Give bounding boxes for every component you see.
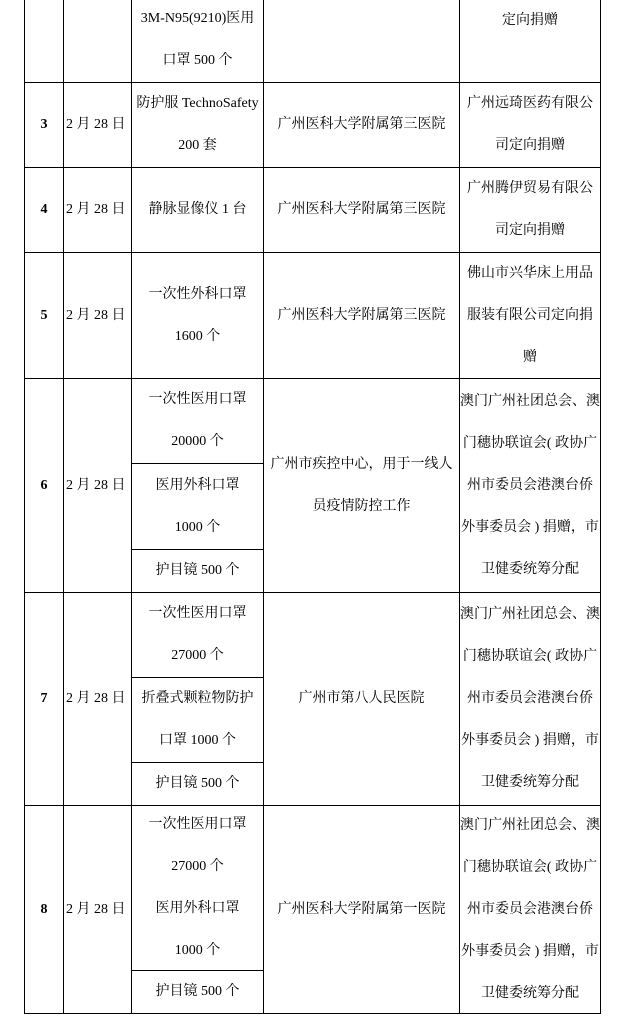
row-number: 5 — [25, 253, 63, 378]
donor-line: 外事委员会 ) 捐赠，市 — [461, 931, 599, 973]
donated-item-line: 口罩 500 个 — [163, 40, 233, 82]
donated-item-line: 医用外科口罩 — [156, 465, 240, 507]
donor-line: 州市委员会港澳台侨 — [467, 678, 593, 720]
donor: 广州腾伊贸易有限公司定向捐赠 — [460, 168, 600, 252]
donation-date: 2 月 28 日 — [64, 593, 131, 805]
donation-date: 2 月 28 日 — [64, 253, 131, 378]
donated-item-line: 护目镜 500 个 — [156, 550, 240, 592]
donated-item: 护目镜 500 个 — [132, 971, 263, 1013]
column-border — [600, 0, 601, 1014]
donor-line: 澳门广州社团总会、澳 — [460, 806, 600, 847]
donation-date-line: 2 月 28 日 — [66, 104, 126, 146]
donated-item-line: 1000 个 — [175, 930, 221, 970]
donor: 澳门广州社团总会、澳门穗协联谊会( 政协广州市委员会港澳台侨外事委员会 ) 捐赠… — [460, 379, 600, 592]
donor-line: 卫健委统筹分配 — [481, 973, 579, 1014]
donated-item: 一次性医用口罩20000 个 — [132, 379, 263, 463]
donated-item: 防护服 TechnoSafety200 套 — [132, 83, 263, 167]
donated-item: 护目镜 500 个 — [132, 550, 263, 592]
row-number: 6 — [25, 379, 63, 592]
donated-item-line: 27000 个 — [171, 635, 224, 677]
row-number-line: 3 — [41, 104, 48, 146]
donated-item-line: 一次性医用口罩 — [149, 806, 247, 846]
donor-line: 广州腾伊贸易有限公 — [467, 168, 593, 210]
row-number-line: 4 — [41, 189, 48, 231]
donor-line: 门穗协联谊会( 政协广 — [463, 847, 597, 889]
donated-item-line: 27000 个 — [171, 846, 224, 888]
donated-item-line: 医用外科口罩 — [156, 888, 240, 930]
row-number-line: 5 — [41, 295, 48, 337]
recipient-line: 员疫情防控工作 — [313, 486, 411, 528]
donated-item: 一次性外科口罩1600 个 — [132, 253, 263, 378]
row-number: 4 — [25, 168, 63, 252]
row-number-line: 8 — [41, 889, 48, 931]
donor-line: 定向捐赠 — [502, 0, 558, 42]
donation-date-line: 2 月 28 日 — [66, 465, 126, 507]
row-number — [25, 0, 63, 82]
row-number-line: 7 — [41, 678, 48, 720]
donation-date: 2 月 28 日 — [64, 168, 131, 252]
donated-item-line: 一次性外科口罩 — [149, 274, 247, 316]
donor-line: 门穗协联谊会( 政协广 — [463, 423, 597, 465]
donor-line: 外事委员会 ) 捐赠，市 — [461, 507, 599, 549]
row-number: 7 — [25, 593, 63, 805]
donor-line: 澳门广州社团总会、澳 — [460, 381, 600, 423]
donor: 广州远琦医药有限公司定向捐赠 — [460, 83, 600, 167]
donor-line: 佛山市兴华床上用品 — [467, 253, 593, 295]
donation-date-line: 2 月 28 日 — [66, 189, 126, 231]
recipient: 广州医科大学附属第一医院 — [264, 806, 459, 1013]
donation-date-line: 2 月 28 日 — [66, 295, 126, 337]
recipient — [264, 0, 459, 82]
donation-date — [64, 0, 131, 82]
donor-line: 服装有限公司定向捐 — [467, 295, 593, 337]
donor-line: 门穗协联谊会( 政协广 — [463, 636, 597, 678]
donation-date: 2 月 28 日 — [64, 83, 131, 167]
recipient-line: 广州医科大学附属第一医院 — [278, 889, 446, 931]
donor: 定向捐赠 — [460, 0, 600, 82]
donation-date-line: 2 月 28 日 — [66, 678, 126, 720]
donor-line: 司定向捐赠 — [495, 125, 565, 167]
donated-item-line: 防护服 TechnoSafety — [136, 83, 258, 125]
donor-line: 澳门广州社团总会、澳 — [460, 594, 600, 636]
donated-item-line: 1600 个 — [175, 316, 221, 358]
donor: 佛山市兴华床上用品服装有限公司定向捐赠 — [460, 253, 600, 378]
donor-line: 广州远琦医药有限公 — [467, 83, 593, 125]
recipient: 广州市第八人民医院 — [264, 593, 459, 805]
donated-item-line: 护目镜 500 个 — [156, 763, 240, 805]
donated-item: 3M-N95(9210)医用口罩 500 个 — [132, 0, 263, 82]
recipient: 广州市疾控中心，用于一线人员疫情防控工作 — [264, 379, 459, 592]
donated-item-line: 3M-N95(9210)医用 — [141, 0, 255, 40]
donated-item: 护目镜 500 个 — [132, 763, 263, 805]
row-border — [24, 1013, 601, 1014]
recipient: 广州医科大学附属第三医院 — [264, 253, 459, 378]
donor-line: 赠 — [523, 337, 537, 379]
donor: 澳门广州社团总会、澳门穗协联谊会( 政协广州市委员会港澳台侨外事委员会 ) 捐赠… — [460, 806, 600, 1013]
donor-line: 州市委员会港澳台侨 — [467, 465, 593, 507]
donated-item-line: 折叠式颗粒物防护 — [142, 678, 254, 720]
donated-item-line: 200 套 — [178, 125, 217, 167]
donor-line: 外事委员会 ) 捐赠，市 — [461, 720, 599, 762]
recipient: 广州医科大学附属第三医院 — [264, 168, 459, 252]
donated-item: 折叠式颗粒物防护口罩 1000 个 — [132, 678, 263, 762]
donated-item-line: 静脉显像仪 1 台 — [149, 189, 247, 231]
donated-item-line: 口罩 1000 个 — [159, 720, 236, 762]
donor-line: 卫健委统筹分配 — [481, 762, 579, 804]
donated-item-line: 20000 个 — [171, 421, 224, 463]
recipient-line: 广州医科大学附属第三医院 — [278, 189, 446, 231]
recipient-line: 广州市第八人民医院 — [299, 678, 425, 720]
row-number-line: 6 — [41, 465, 48, 507]
recipient: 广州医科大学附属第三医院 — [264, 83, 459, 167]
donated-item: 静脉显像仪 1 台 — [132, 168, 263, 252]
donor-line: 司定向捐赠 — [495, 210, 565, 252]
donor-line: 州市委员会港澳台侨 — [467, 889, 593, 931]
recipient-line: 广州医科大学附属第三医院 — [278, 295, 446, 337]
row-number: 8 — [25, 806, 63, 1013]
donated-item-line: 1000 个 — [175, 507, 221, 549]
donated-item: 一次性医用口罩27000 个医用外科口罩1000 个 — [132, 806, 263, 970]
row-number: 3 — [25, 83, 63, 167]
donation-date: 2 月 28 日 — [64, 379, 131, 592]
donated-item: 医用外科口罩1000 个 — [132, 464, 263, 549]
donated-item-line: 一次性医用口罩 — [149, 379, 247, 421]
donation-date: 2 月 28 日 — [64, 806, 131, 1013]
recipient-line: 广州市疾控中心，用于一线人 — [271, 444, 453, 486]
donation-date-line: 2 月 28 日 — [66, 889, 126, 931]
donor-line: 卫健委统筹分配 — [481, 549, 579, 591]
donated-item: 一次性医用口罩27000 个 — [132, 593, 263, 677]
recipient-line: 广州医科大学附属第三医院 — [278, 104, 446, 146]
donor: 澳门广州社团总会、澳门穗协联谊会( 政协广州市委员会港澳台侨外事委员会 ) 捐赠… — [460, 593, 600, 805]
donated-item-line: 一次性医用口罩 — [149, 593, 247, 635]
donated-item-line: 护目镜 500 个 — [156, 971, 240, 1013]
